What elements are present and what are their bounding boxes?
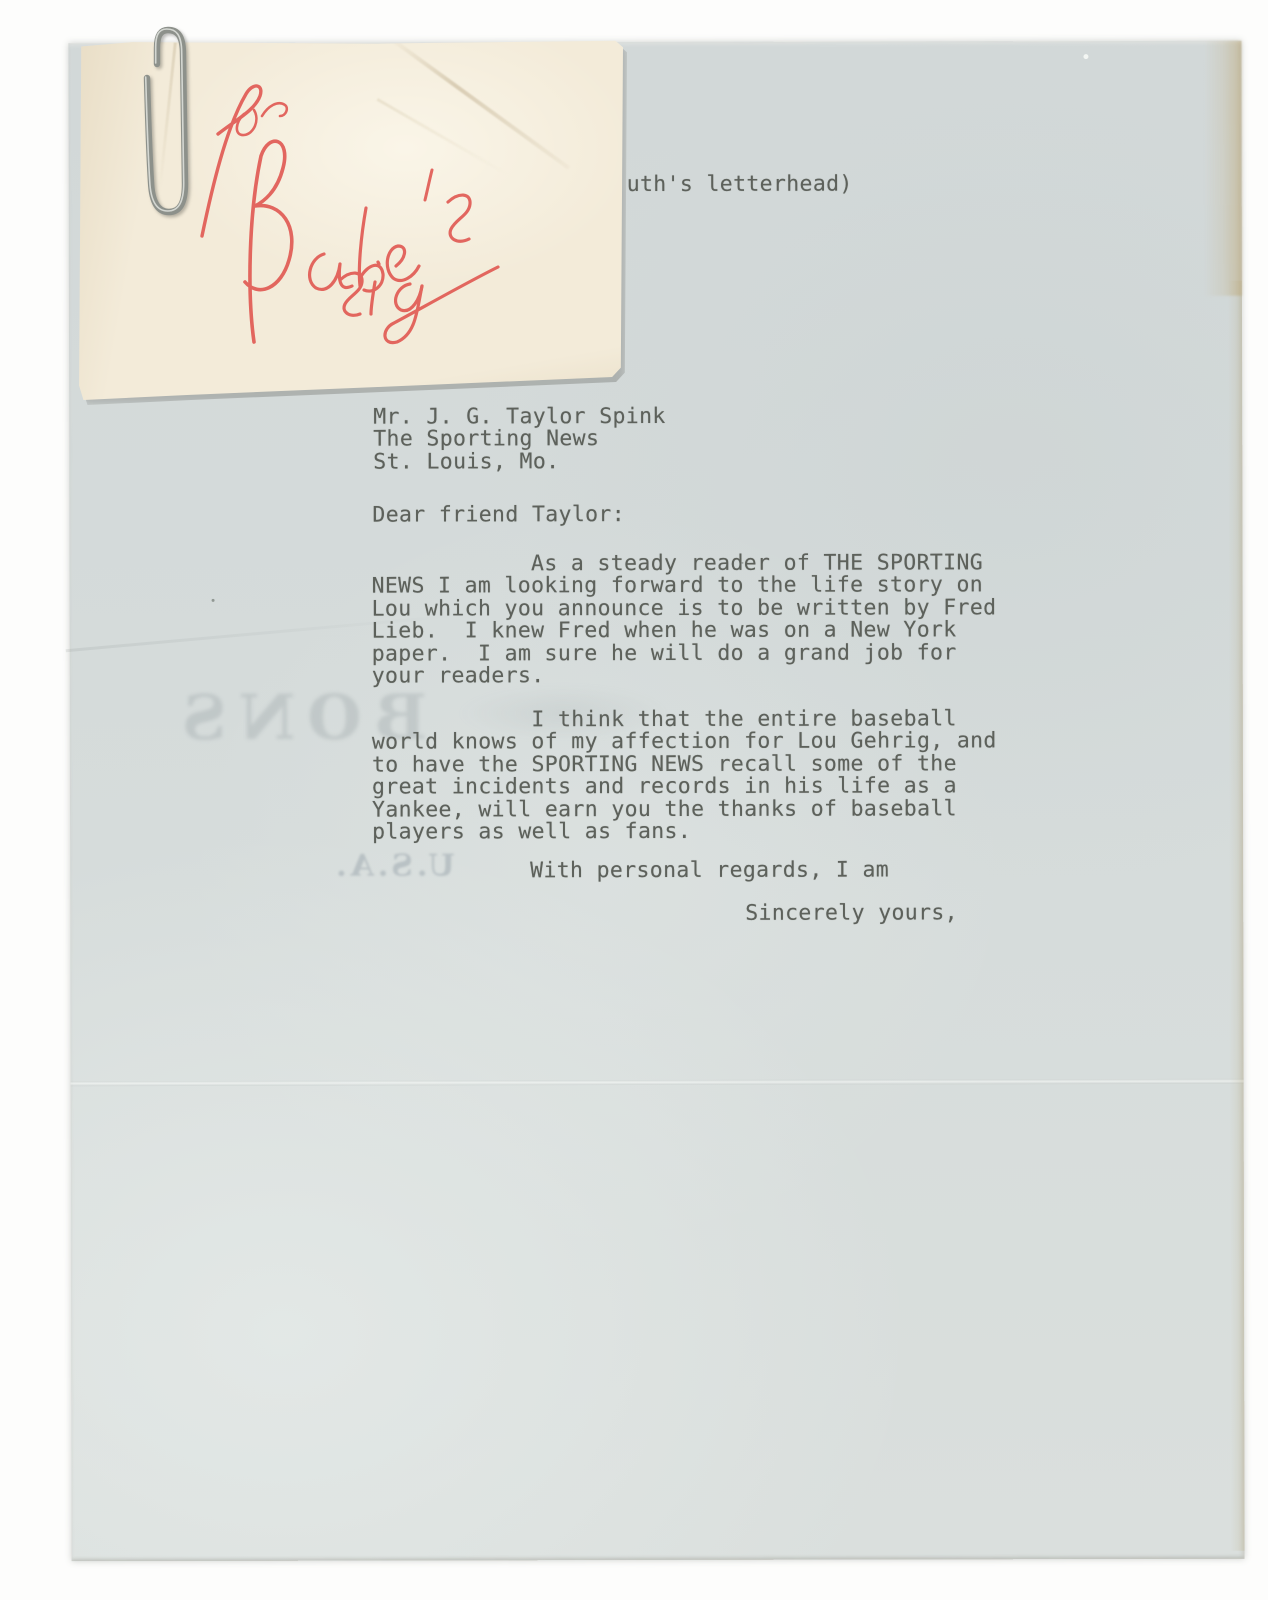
fold-crease-horizontal	[71, 1079, 1244, 1086]
typed-line: St. Louis, Mo.	[373, 451, 666, 474]
paper-speck	[212, 599, 215, 602]
closing-line: With personal regards, I am	[530, 860, 889, 883]
typed-line: Mr. J. G. Taylor Spink	[373, 406, 666, 429]
paperclip-icon	[133, 20, 208, 230]
signoff-line: Sincerely yours,	[745, 902, 958, 925]
aged-paper-edge-strip	[1228, 281, 1245, 1551]
aged-paper-edge	[1193, 41, 1242, 296]
typed-line: your readers.	[372, 664, 997, 688]
letter-paragraph-1: As a steady reader of THE SPORTINGNEWS I…	[371, 552, 996, 688]
salutation: Dear friend Taylor:	[372, 504, 625, 527]
typed-annotation-fragment: uth's letterhead)	[627, 174, 853, 197]
letter-paragraph-2: I think that the entire baseballworld kn…	[372, 708, 997, 844]
typed-line: paper. I am sure he will do a grand job …	[372, 642, 997, 666]
recipient-address-block: Mr. J. G. Taylor SpinkThe Sporting NewsS…	[373, 406, 666, 474]
typed-line: players as well as fans.	[372, 820, 997, 844]
show-through-usa-text: U.S.A.	[332, 848, 455, 883]
typed-line: The Sporting News	[373, 428, 666, 451]
paper-speck	[1083, 54, 1088, 59]
